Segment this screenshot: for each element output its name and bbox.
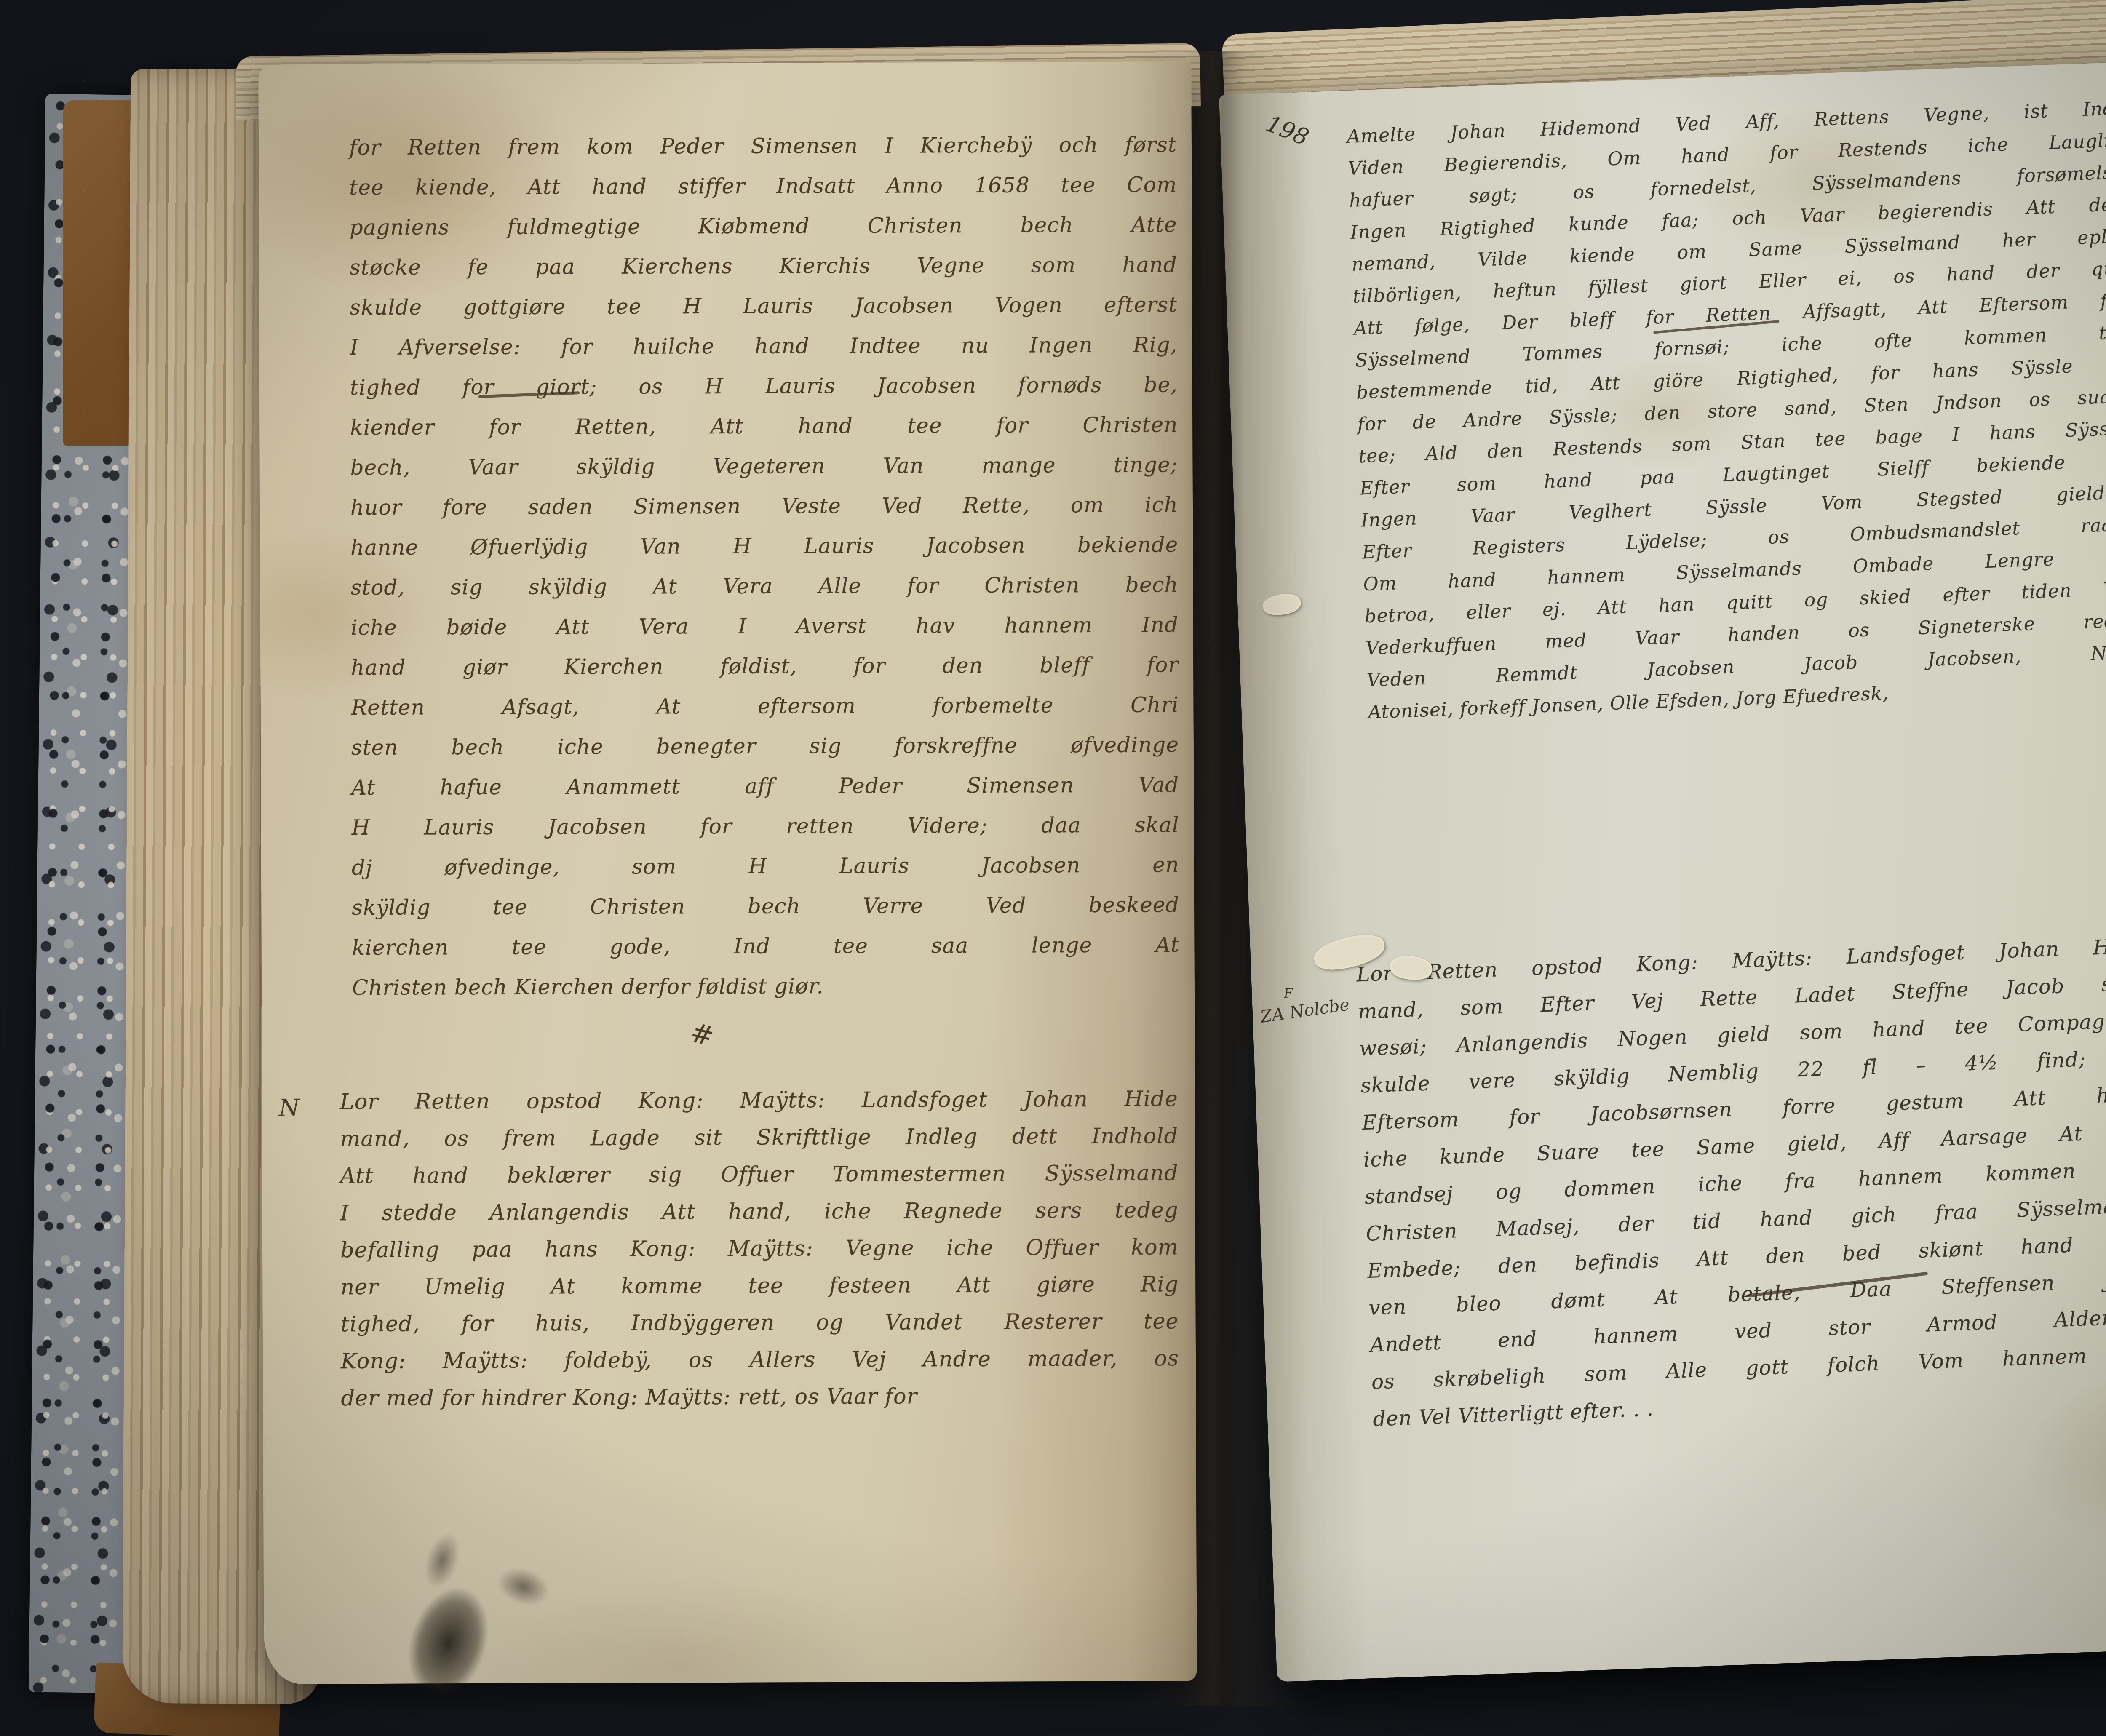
handwritten-line: tighed for giort; os H Lauris Jacobsen f…	[350, 365, 1178, 408]
section-divider-mark: #	[687, 1017, 717, 1053]
handwritten-line: støcke fe paa Kierchens Kierchis Vegne s…	[350, 245, 1177, 288]
handwritten-line: H Lauris Jacobsen for retten Videre; daa…	[351, 805, 1179, 848]
handwritten-line: ner Umelig At komme tee festeen Att giør…	[340, 1266, 1179, 1306]
right-page-paragraph-1: Amelte Johan Hidemond Ved Aff, Rettens V…	[1346, 93, 2106, 729]
handwritten-line: sten bech iche benegter sig forskreffne …	[351, 725, 1179, 768]
handwritten-line: bech, Vaar skÿldig Vegeteren Van mange t…	[350, 445, 1178, 488]
paper-tear	[1261, 592, 1302, 617]
handwritten-line: I Afverselse: for huilche hand Indtee nu…	[350, 325, 1177, 368]
margin-note: F ZA Nolcbe	[1259, 983, 1362, 1022]
page-number: 198	[1262, 110, 1312, 151]
handwritten-line: iche bøide Att Vera I Averst hav hannem …	[351, 605, 1179, 648]
left-page-paragraph-1: for Retten frem kom Peder Simensen I Kie…	[349, 125, 1180, 1008]
handwritten-line: At hafue Anammett aff Peder Simensen Vad	[351, 765, 1179, 808]
handwritten-line: for Retten frem kom Peder Simensen I Kie…	[349, 125, 1177, 168]
handwritten-line: kierchen tee gode, Ind tee saa lenge At	[352, 925, 1179, 968]
handwritten-line: hanne Øfuerlÿdig Van H Lauris Jacobsen b…	[350, 525, 1178, 568]
handwritten-line: Christen bech Kierchen derfor føldist gi…	[352, 965, 1180, 1008]
handwritten-line: mand, os frem Lagde sit Skrifttlige Indl…	[340, 1118, 1178, 1158]
left-page: for Retten frem kom Peder Simensen I Kie…	[258, 61, 1197, 1684]
handwritten-line: I stedde Anlangendis Att hand, iche Regn…	[340, 1192, 1179, 1232]
handwritten-line: skulde gottgiøre tee H Lauris Jacobsen V…	[350, 285, 1177, 328]
handwritten-line: der med for hindrer Kong: Maÿtts: rett, …	[341, 1377, 1179, 1417]
left-page-paragraph-2: Lor Retten opstod Kong: Maÿtts: Landsfog…	[340, 1081, 1179, 1417]
handwritten-line: stod, sig skÿldig At Vera Alle for Chris…	[350, 565, 1178, 608]
manuscript-photo-backdrop: for Retten frem kom Peder Simensen I Kie…	[0, 0, 2106, 1736]
handwritten-line: Lor Retten opstod Kong: Maÿtts: Landsfog…	[340, 1081, 1178, 1121]
ink-blot	[363, 1496, 602, 1728]
handwritten-line: huor fore saden Simensen Veste Ved Rette…	[350, 485, 1178, 528]
left-margin-mark: N	[279, 1095, 299, 1122]
handwritten-line: tee kiende, Att hand stiffer Indsatt Ann…	[349, 165, 1177, 208]
handwritten-line: befalling paa hans Kong: Maÿtts: Vegne i…	[340, 1229, 1179, 1269]
handwritten-line: skÿldig tee Christen bech Verre Ved besk…	[352, 885, 1179, 928]
handwritten-line: Att hand beklærer sig Offuer Tommesterme…	[340, 1155, 1178, 1195]
handwritten-line: pagniens fuldmegtige Kiøbmend Christen b…	[349, 205, 1177, 248]
right-page-paragraph-2: Lor Retten opstod Kong: Maÿtts: Landsfog…	[1356, 927, 2106, 1438]
handwritten-line: dj øfvedinge, som H Lauris Jacobsen en	[352, 845, 1179, 888]
handwritten-line: kiender for Retten, Att hand tee for Chr…	[350, 405, 1178, 448]
handwritten-line: tighed, for huis, Indbÿggeren og Vandet …	[341, 1303, 1179, 1343]
handwritten-line: hand giør Kierchen føldist, for den blef…	[351, 645, 1179, 688]
right-page: 198 F ZA Nolcbe Amelte Johan Hidemond Ve…	[1219, 61, 2106, 1682]
handwritten-line: Kong: Maÿtts: foldebÿ, os Allers Vej And…	[341, 1340, 1179, 1380]
handwritten-line: Retten Afsagt, At eftersom forbemelte Ch…	[351, 685, 1179, 728]
